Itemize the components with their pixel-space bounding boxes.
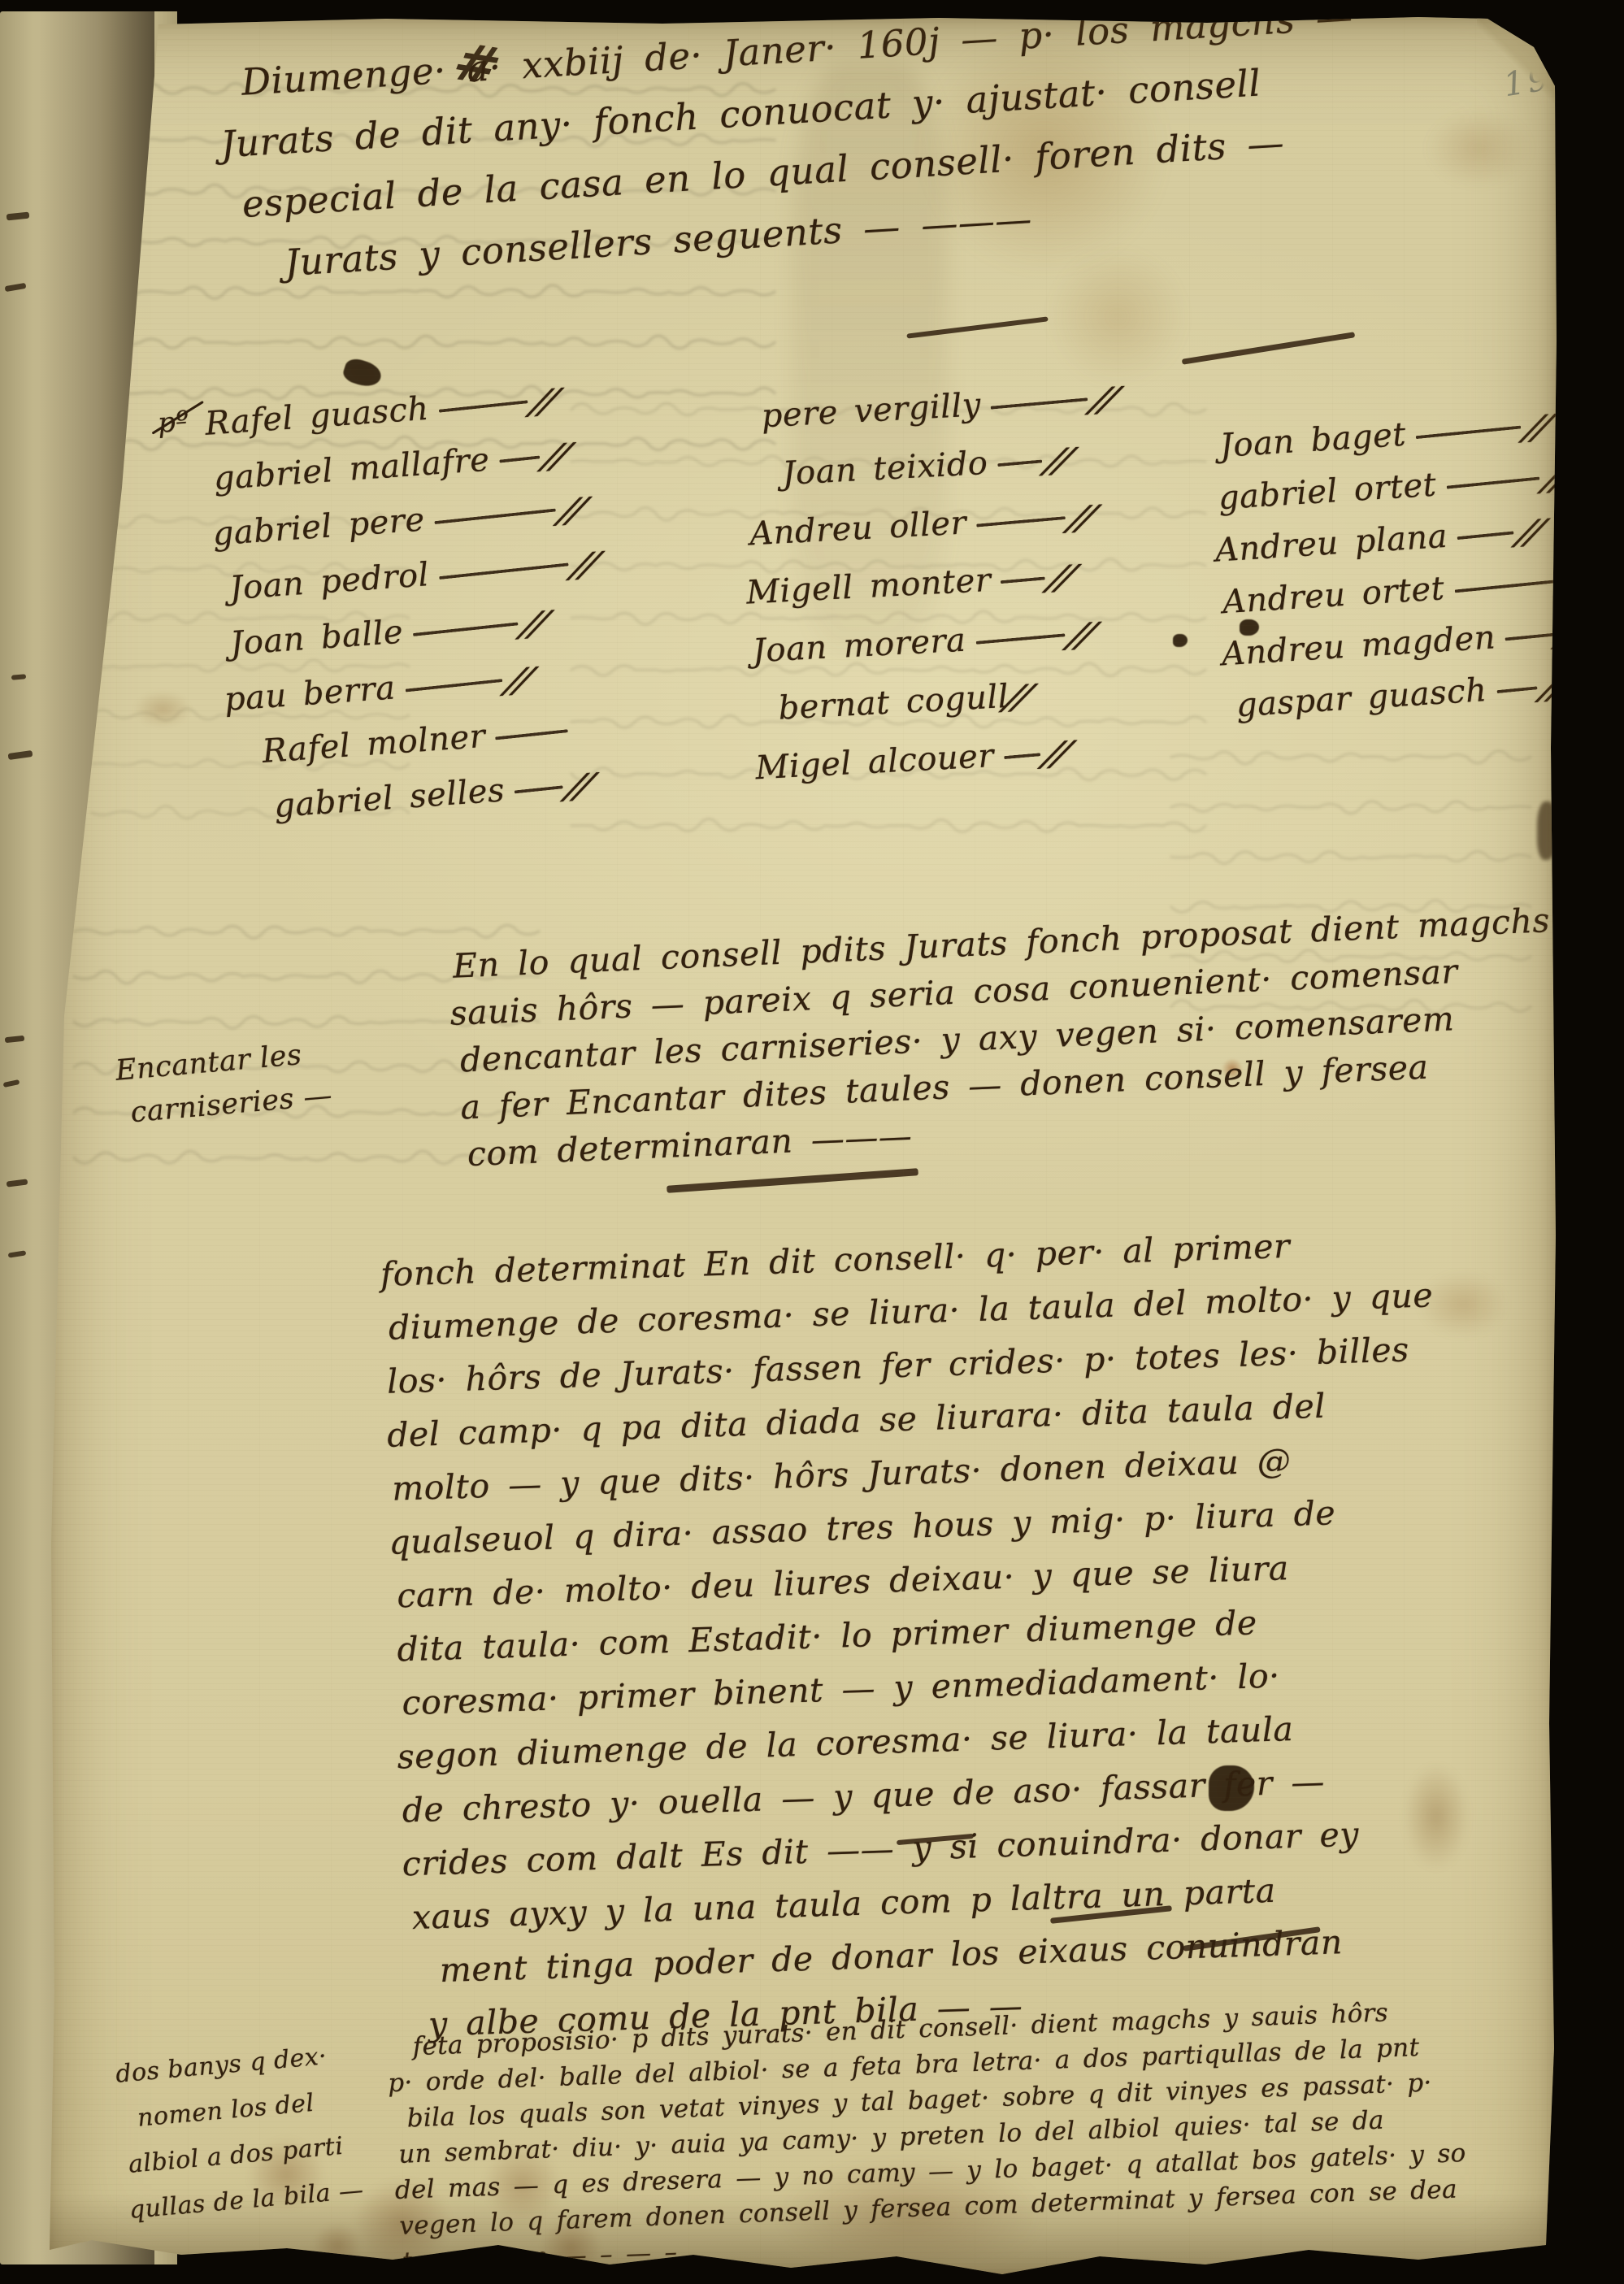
attendee-name: gabriel selles: [273, 771, 506, 825]
flourish-stroke: [1182, 332, 1355, 365]
name-tail-stroke: [1505, 633, 1554, 641]
attendee-name: Andreu ortet: [1222, 570, 1446, 621]
name-tail-stroke: [975, 633, 1065, 645]
flourish-stroke: [667, 1168, 918, 1193]
manuscript-page: 19 # Diumenge· a· xxbiij de· Janer· 160j…: [45, 16, 1558, 2282]
header-paragraph: Diumenge· a· xxbiij de· Janer· 160j — p·…: [183, 0, 1577, 298]
stain: [134, 691, 191, 727]
attendee-name: Joan pedrol: [228, 556, 430, 607]
attendee-name: Joan morera: [752, 622, 967, 671]
name-tail-stroke: [439, 400, 528, 412]
attendee-name: Migell monter: [745, 562, 992, 612]
name-tail-stroke: [997, 459, 1042, 467]
attendee-name: bernat cogull: [777, 678, 1010, 727]
attendee-name: Andreu magden: [1221, 619, 1497, 673]
name-tick: //: [1547, 607, 1592, 662]
name-tail-stroke: [499, 455, 540, 462]
attendee-name: gabriel mallafre: [212, 441, 490, 498]
flourish-stroke: [906, 316, 1048, 338]
attendee-name: Migel alcouer: [754, 737, 995, 787]
attendee-name: Joan teixido: [781, 445, 988, 493]
fold-crease-line: [1479, 0, 1552, 26]
name-tick: //: [1514, 401, 1560, 456]
primo-mark: pº: [156, 394, 191, 451]
attendee-name: Andreu oller: [749, 504, 967, 553]
name-tail-stroke: [976, 516, 1066, 528]
attendee-column-1: pºRafel guasch// gabriel mallafre// gabr…: [203, 370, 612, 836]
name-tail-stroke: [405, 679, 502, 693]
margin-note-encantar: Encantar les carniseries —: [114, 1031, 334, 1136]
name-tick: //: [1507, 506, 1552, 561]
name-tail-stroke: [435, 508, 557, 524]
name-tick: //: [1548, 554, 1594, 610]
attendee-name: pau berra: [223, 669, 396, 719]
name-tail-stroke: [515, 785, 563, 793]
attendee-name: Rafel guasch: [204, 390, 430, 443]
attendee-name: gabriel pere: [211, 501, 426, 553]
attendee-name: Joan balle: [229, 614, 405, 663]
name-tail-stroke: [1416, 425, 1522, 439]
paragraph-albiol: feta proposisio· p dits yurats· en dit c…: [370, 1987, 1613, 2281]
attendee-name: Andreu plana: [1214, 518, 1449, 570]
name-tail-stroke: [1496, 686, 1537, 693]
attendee-column-3: Joan baget// gabriel ortet// Andreu plan…: [1207, 398, 1590, 732]
ink-blot: [1173, 634, 1188, 647]
paragraph-resolution: fonch determinat En dit consell· q· per·…: [380, 1209, 1611, 2052]
ink-blot: [1537, 801, 1558, 860]
name-tail-stroke: [1004, 753, 1040, 759]
paragraph-proposal: En lo qual consell pdits Jurats fonch pr…: [447, 895, 1594, 1178]
name-tail-stroke: [1446, 476, 1539, 488]
stain: [313, 2223, 362, 2268]
name-tail-stroke: [991, 397, 1088, 409]
margin-note-dos-banys: dos banys q dex· nomen los del albiol a …: [114, 2032, 366, 2234]
attendee-name: Rafel molner: [261, 718, 487, 771]
name-tail-stroke: [1457, 531, 1514, 540]
name-tail-stroke: [495, 729, 568, 740]
attendee-name: gabriel ortet: [1218, 466, 1438, 517]
attendee-name: gaspar guasch: [1235, 671, 1488, 724]
name-tail-stroke: [1454, 580, 1556, 593]
stain: [1049, 248, 1187, 386]
name-tail-stroke: [439, 562, 569, 580]
attendee-column-2: pere vergilly// Joan teixido// Andreu ol…: [736, 369, 1134, 798]
attendee-name: pere vergilly: [761, 386, 982, 435]
manuscript-scan: 19 # Diumenge· a· xxbiij de· Janer· 160j…: [0, 0, 1624, 2284]
name-tail-stroke: [413, 622, 519, 636]
name-tail-stroke: [1001, 576, 1045, 584]
attendee-name: Joan baget: [1219, 416, 1408, 465]
folded-corner: [1477, 16, 1558, 112]
